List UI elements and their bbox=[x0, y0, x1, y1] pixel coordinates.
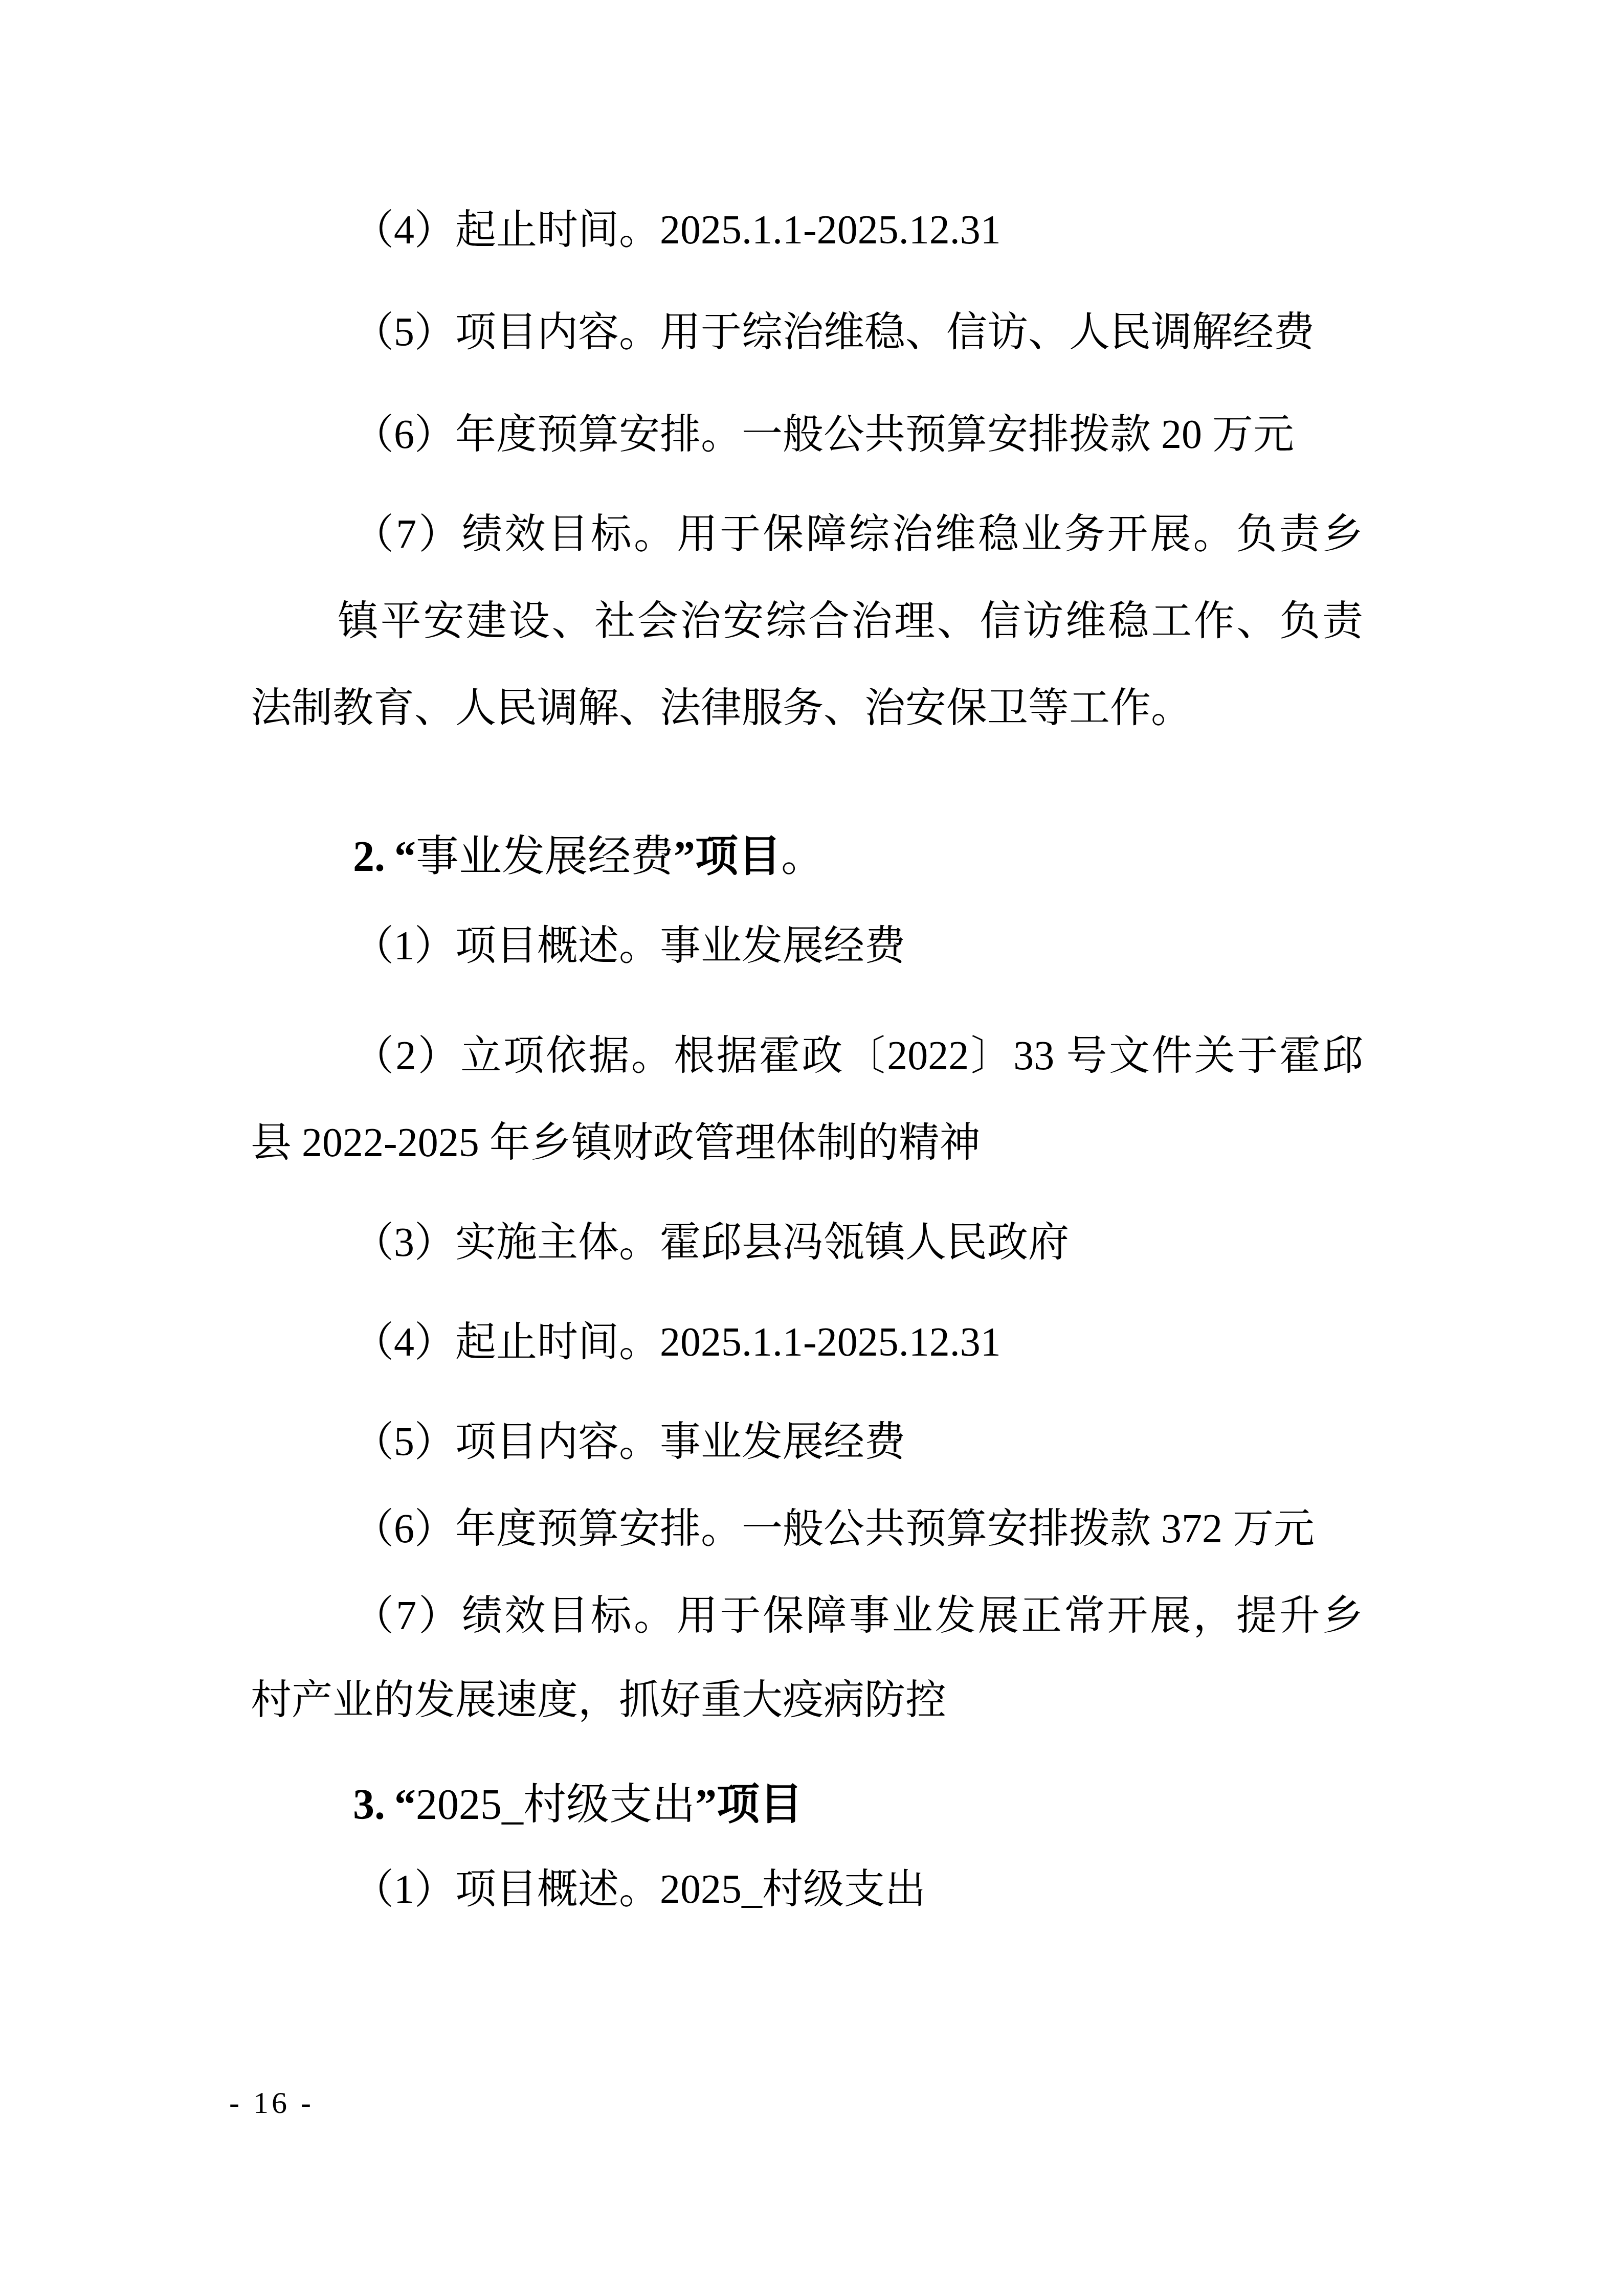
para-project2-item1: （1）项目概述。事业发展经费 bbox=[251, 918, 1363, 974]
para-project1-item7-line2: 镇平安建设、社会治安综合治理、信访维稳工作、负责 bbox=[251, 594, 1363, 652]
heading-project-3: 3.“2025_村级支出”项目 bbox=[251, 1777, 1363, 1833]
heading-project-3-name: 2025_村级支出 bbox=[416, 1781, 695, 1829]
para-project1-item4: （4）起止时间。2025.1.1-2025.12.31 bbox=[251, 202, 1363, 258]
heading-project-2-quote-open: “ bbox=[394, 833, 416, 881]
para-project1-item7-line3: 法制教育、人民调解、法律服务、治安保卫等工作。 bbox=[251, 681, 1363, 736]
heading-project-3-quote-open: “ bbox=[394, 1781, 416, 1829]
para-project1-item6: （6）年度预算安排。一般公共预算安排拨款 20 万元 bbox=[251, 407, 1363, 462]
page-number: - 16 - bbox=[229, 2082, 314, 2123]
heading-project-3-suffix: 项目 bbox=[717, 1781, 803, 1829]
para-project2-item6: （6）年度预算安排。一般公共预算安排拨款 372 万元 bbox=[251, 1501, 1363, 1557]
heading-project-2-name: 事业发展经费 bbox=[416, 833, 674, 881]
para-project3-item1: （1）项目概述。2025_村级支出 bbox=[251, 1862, 1363, 1917]
para-project2-item7-line1: （7）绩效目标。用于保障事业发展正常开展，提升乡 bbox=[251, 1588, 1363, 1647]
heading-project-3-number: 3. bbox=[353, 1781, 394, 1829]
para-project2-item5: （5）项目内容。事业发展经费 bbox=[251, 1414, 1363, 1470]
para-project2-item3: （3）实施主体。霍邱县冯瓴镇人民政府 bbox=[251, 1215, 1363, 1270]
heading-project-2: 2.“事业发展经费”项目。 bbox=[251, 829, 1363, 885]
para-project2-item4: （4）起止时间。2025.1.1-2025.12.31 bbox=[251, 1315, 1363, 1370]
heading-project-2-suffix: 项目 bbox=[695, 833, 781, 881]
document-page: （4）起止时间。2025.1.1-2025.12.31 （5）项目内容。用于综治… bbox=[0, 0, 1624, 2296]
heading-project-3-quote-close: ” bbox=[695, 1781, 717, 1829]
para-project2-item2-line2: 县 2022-2025 年乡镇财政管理体制的精神 bbox=[251, 1115, 1363, 1170]
heading-project-2-quote-close: ” bbox=[674, 833, 695, 881]
heading-project-2-number: 2. bbox=[353, 833, 394, 881]
para-project1-item5: （5）项目内容。用于综治维稳、信访、人民调解经费 bbox=[251, 305, 1363, 360]
heading-project-2-period: 。 bbox=[781, 833, 824, 881]
para-project2-item7-line2: 村产业的发展速度，抓好重大疫病防控 bbox=[251, 1673, 1363, 1728]
para-project2-item2-line1: （2）立项依据。根据霍政〔2022〕33 号文件关于霍邱 bbox=[251, 1028, 1363, 1087]
para-project1-item7-line1: （7）绩效目标。用于保障综治维稳业务开展。负责乡 bbox=[251, 507, 1363, 566]
